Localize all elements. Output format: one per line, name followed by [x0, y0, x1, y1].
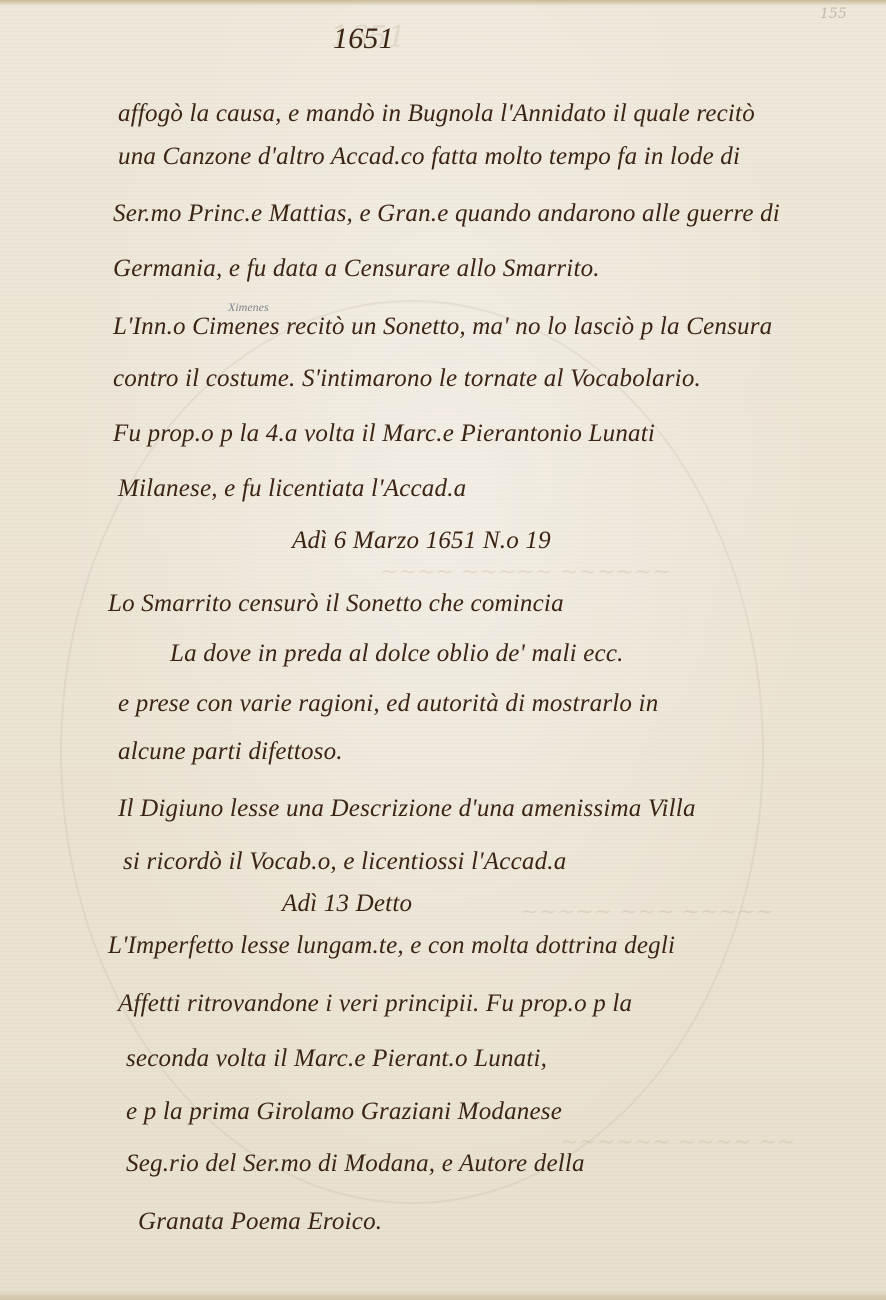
text-line: una Canzone d'altro Accad.co fatta molto… [118, 143, 740, 171]
text-line: seconda volta il Marc.e Pierant.o Lunati… [126, 1045, 547, 1073]
text-line: Lo Smarrito censurò il Sonetto che comin… [108, 590, 564, 618]
entry-date-heading: Adì 13 Detto [282, 890, 412, 918]
page-edge-bottom [0, 1290, 886, 1300]
text-line: Il Digiuno lesse una Descrizione d'una a… [118, 795, 696, 823]
text-line: L'Inn.o Cimenes recitò un Sonetto, ma' n… [113, 313, 772, 341]
text-line: Fu prop.o p la 4.a volta il Marc.e Piera… [113, 420, 655, 448]
quoted-incipit: La dove in preda al dolce oblio de' mali… [170, 640, 624, 668]
text-line: e p la prima Girolamo Graziani Modanese [126, 1098, 562, 1126]
text-line: Affetti ritrovandone i veri principii. F… [118, 990, 632, 1018]
text-line: alcune parti difettoso. [118, 738, 343, 766]
bleed-through-text: ~~~~ ~~~~~ ~~~~~~ [380, 560, 671, 585]
text-line: Seg.rio del Ser.mo di Modana, e Autore d… [126, 1150, 585, 1178]
text-line: contro il costume. S'intimarono le torna… [113, 365, 701, 393]
text-line: Granata Poema Eroico. [138, 1208, 382, 1236]
text-line: affogò la causa, e mandò in Bugnola l'An… [118, 100, 755, 128]
text-line: si ricordò il Vocab.o, e licentiossi l'A… [123, 848, 566, 876]
text-line: Milanese, e fu licentiata l'Accad.a [118, 475, 466, 503]
folio-number: 155 [820, 6, 847, 22]
page-edge-top [0, 0, 886, 6]
text-line: Germania, e fu data a Censurare allo Sma… [113, 255, 600, 283]
bleed-through-text: ~~~~~ ~~~ ~~~~~ [520, 900, 774, 925]
text-line: e prese con varie ragioni, ed autorità d… [118, 690, 658, 718]
text-line: L'Imperfetto lesse lungam.te, e con molt… [108, 932, 675, 960]
text-line: Ser.mo Princ.e Mattias, e Gran.e quando … [113, 200, 780, 228]
header-year: 1651 [333, 22, 394, 56]
bleed-through-text: ~~~~~~ ~~~~ ~~ [560, 1130, 795, 1155]
entry-date-heading: Adì 6 Marzo 1651 N.o 19 [292, 527, 551, 555]
manuscript-page: 1651 ~~~~ ~~~~~ ~~~~~~ ~~~~~ ~~~ ~~~~~ ~… [0, 0, 886, 1300]
